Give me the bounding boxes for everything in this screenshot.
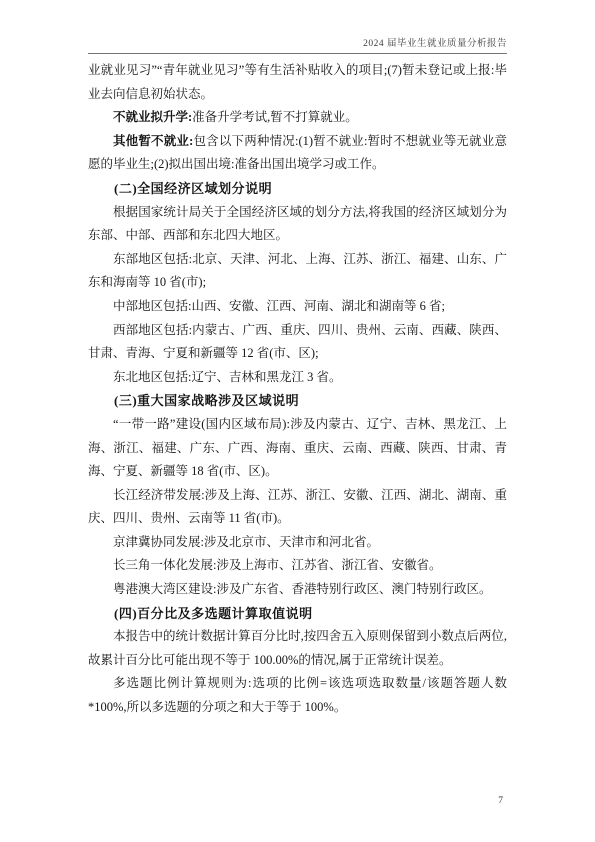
section-heading: (二)全国经济区域划分说明 (88, 177, 507, 201)
paragraph-lead: 不就业拟升学: (113, 110, 192, 124)
paragraph: 不就业拟升学:准备升学考试,暂不打算就业。 (88, 106, 507, 130)
section-heading: (三)重大国家战略涉及区域说明 (88, 389, 507, 413)
paragraph: 本报告中的统计数据计算百分比时,按四舍五入原则保留到小数点后两位,故累计百分比可… (88, 625, 507, 672)
paragraph: 长三角一体化发展:涉及上海市、江苏省、浙江省、安徽省。 (88, 554, 507, 578)
section-heading: (四)百分比及多选题计算取值说明 (88, 602, 507, 626)
paragraph: 业就业见习”“青年就业见习”等有生活补贴收入的项目;(7)暂未登记或上报:毕业去… (88, 59, 507, 106)
page-number: 7 (498, 796, 503, 806)
paragraph: 粤港澳大湾区建设:涉及广东省、香港特别行政区、澳门特别行政区。 (88, 578, 507, 602)
paragraph: “一带一路”建设(国内区域布局):涉及内蒙古、辽宁、吉林、黑龙江、上海、浙江、福… (88, 413, 507, 484)
page-header-title: 2024 届毕业生就业质量分析报告 (363, 39, 507, 49)
document-page: 2024 届毕业生就业质量分析报告 业就业见习”“青年就业见习”等有生活补贴收入… (0, 0, 595, 842)
content: 业就业见习”“青年就业见习”等有生活补贴收入的项目;(7)暂未登记或上报:毕业去… (88, 59, 507, 720)
paragraph: 京津冀协同发展:涉及北京市、天津市和河北省。 (88, 531, 507, 555)
paragraph: 东北地区包括:辽宁、吉林和黑龙江 3 省。 (88, 366, 507, 390)
paragraph: 东部地区包括:北京、天津、河北、上海、江苏、浙江、福建、山东、广东和海南等 10… (88, 248, 507, 295)
paragraph: 多选题比例计算规则为:选项的比例=该选项选取数量/该题答题人数*100%,所以多… (88, 672, 507, 719)
paragraph: 西部地区包括:内蒙古、广西、重庆、四川、贵州、云南、西藏、陕西、甘肃、青海、宁夏… (88, 319, 507, 366)
paragraph: 中部地区包括:山西、安徽、江西、河南、湖北和湖南等 6 省; (88, 295, 507, 319)
paragraph: 根据国家统计局关于全国经济区域的划分方法,将我国的经济区域划分为东部、中部、西部… (88, 201, 507, 248)
paragraph: 长江经济带发展:涉及上海、江苏、浙江、安徽、江西、湖北、湖南、重庆、四川、贵州、… (88, 484, 507, 531)
page-header: 2024 届毕业生就业质量分析报告 (88, 35, 507, 54)
paragraph-lead: 其他暂不就业: (113, 134, 193, 148)
paragraph: 其他暂不就业:包含以下两种情况:(1)暂不就业:暂时不想就业等无就业意愿的毕业生… (88, 130, 507, 177)
